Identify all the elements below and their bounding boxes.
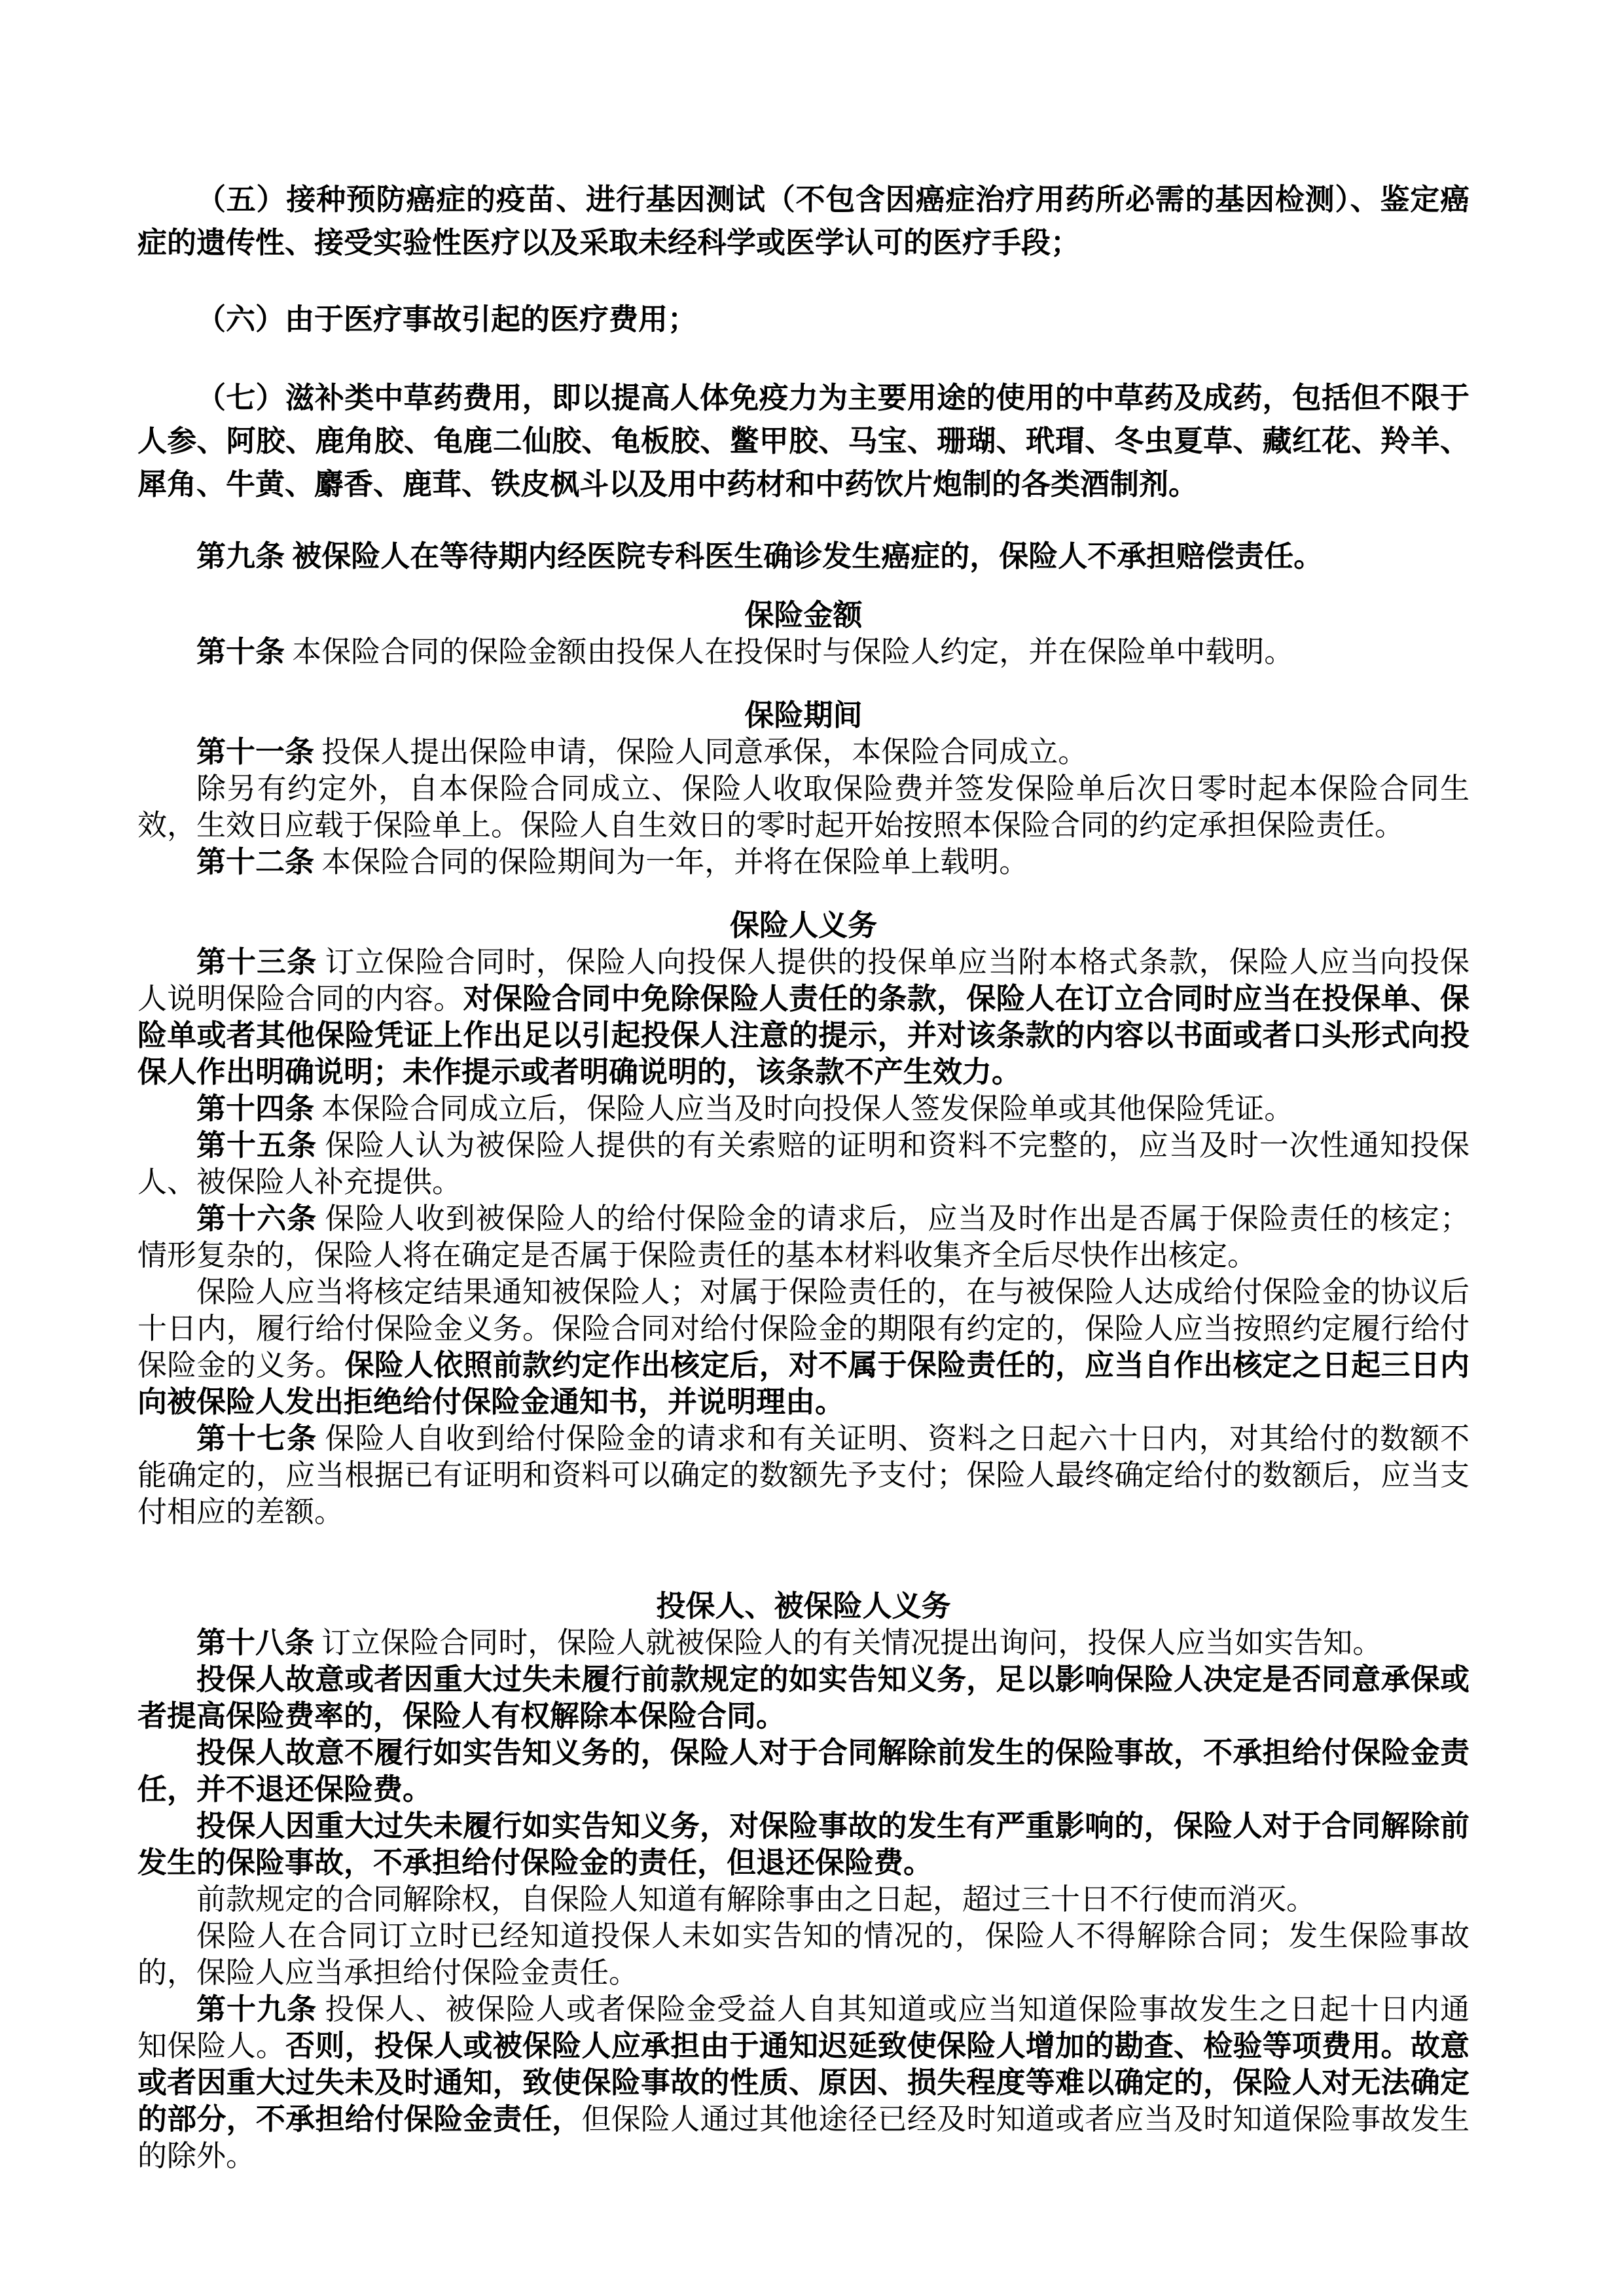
text-segment: （六）由于医疗事故引起的医疗费用； bbox=[196, 303, 697, 336]
text-segment: （七）滋补类中草药费用，即以提高人体免疫力为主要用途的使用的中草药及成药，包括但… bbox=[137, 382, 1470, 501]
text-segment: 保险人认为被保险人提供的有关索赔的证明和资料不完整的，应当及时一次性通知投保人、… bbox=[137, 1129, 1470, 1198]
text-segment: 本保险合同的保险金额由投保人在投保时与保险人约定，并在保险单中载明。 bbox=[292, 636, 1293, 668]
heading-insurance-period: 保险期间 bbox=[137, 697, 1470, 734]
clause-16-para-2: 保险人应当将核定结果通知被保险人；对属于保险责任的，在与被保险人达成给付保险金的… bbox=[137, 1274, 1470, 1420]
text-segment: 投保人因重大过失未履行如实告知义务，对保险事故的发生有严重影响的，保险人对于合同… bbox=[137, 1810, 1470, 1879]
text-segment: 第十三条 bbox=[196, 946, 325, 978]
text-segment: 保险人义务 bbox=[730, 909, 877, 942]
text-segment: 第十一条 bbox=[196, 736, 321, 768]
text-segment: 除另有约定外，自本保险合同成立、保险人收取保险费并签发保险单后次日零时起本保险合… bbox=[137, 772, 1470, 842]
clause-10: 第十条 本保险合同的保险金额由投保人在投保时与保险人约定，并在保险单中载明。 bbox=[137, 634, 1470, 670]
clause-11-para-2: 除另有约定外，自本保险合同成立、保险人收取保险费并签发保险单后次日零时起本保险合… bbox=[137, 770, 1470, 844]
text-segment: 本保险合同的保险期间为一年，并将在保险单上载明。 bbox=[321, 846, 1028, 878]
text-segment: 第十五条 bbox=[196, 1129, 325, 1162]
clause-13: 第十三条 订立保险合同时，保险人向投保人提供的投保单应当附本格式条款，保险人应当… bbox=[137, 944, 1470, 1090]
clause-16: 第十六条 保险人收到被保险人的给付保险金的请求后，应当及时作出是否属于保险责任的… bbox=[137, 1200, 1470, 1274]
text-segment: 被保险人在等待期内经医院专科医生确诊发生癌症的，保险人不承担赔偿责任。 bbox=[292, 540, 1323, 573]
exclusion-item-5: （五）接种预防癌症的疫苗、进行基因测试（不包含因癌症治疗用药所必需的基因检测）、… bbox=[137, 178, 1470, 264]
contract-page: （五）接种预防癌症的疫苗、进行基因测试（不包含因癌症治疗用药所必需的基因检测）、… bbox=[0, 0, 1624, 2296]
text-segment: 第十八条 bbox=[196, 1626, 321, 1659]
text-segment: 本保险合同成立后，保险人应当及时向投保人签发保险单或其他保险凭证。 bbox=[321, 1092, 1293, 1125]
text-segment: 投保人故意不履行如实告知义务的，保险人对于合同解除前发生的保险事故，不承担给付保… bbox=[137, 1736, 1470, 1806]
text-segment: 前款规定的合同解除权，自保险人知道有解除事由之日起，超过三十日不行使而消灭。 bbox=[196, 1883, 1316, 1916]
clause-18: 第十八条 订立保险合同时，保险人就被保险人的有关情况提出询问，投保人应当如实告知… bbox=[137, 1624, 1470, 1661]
text-segment: 第十九条 bbox=[196, 1993, 325, 2026]
clause-14: 第十四条 本保险合同成立后，保险人应当及时向投保人签发保险单或其他保险凭证。 bbox=[137, 1090, 1470, 1127]
clause-17: 第十七条 保险人自收到给付保险金的请求和有关证明、资料之日起六十日内，对其给付的… bbox=[137, 1420, 1470, 1530]
text-segment: 保险人自收到给付保险金的请求和有关证明、资料之日起六十日内，对其给付的数额不能确… bbox=[137, 1422, 1470, 1528]
text-segment: 投保人故意或者因重大过失未履行前款规定的如实告知义务，足以影响保险人决定是否同意… bbox=[137, 1663, 1470, 1732]
clause-19: 第十九条 投保人、被保险人或者保险金受益人自其知道或应当知道保险事故发生之日起十… bbox=[137, 1991, 1470, 2174]
heading-policyholder-insured-obligations: 投保人、被保险人义务 bbox=[137, 1588, 1470, 1624]
text-segment: （五）接种预防癌症的疫苗、进行基因测试（不包含因癌症治疗用药所必需的基因检测）、… bbox=[137, 183, 1470, 259]
clause-18-para-2: 投保人故意或者因重大过失未履行前款规定的如实告知义务，足以影响保险人决定是否同意… bbox=[137, 1661, 1470, 1734]
text-segment: 第十六条 bbox=[196, 1202, 325, 1235]
text-segment: 第十二条 bbox=[196, 846, 321, 878]
heading-insurance-amount: 保险金额 bbox=[137, 597, 1470, 634]
text-segment: 第十条 bbox=[196, 636, 292, 668]
clause-18-para-4: 投保人因重大过失未履行如实告知义务，对保险事故的发生有严重影响的，保险人对于合同… bbox=[137, 1808, 1470, 1881]
exclusion-item-7: （七）滋补类中草药费用，即以提高人体免疫力为主要用途的使用的中草药及成药，包括但… bbox=[137, 376, 1470, 506]
clause-9: 第九条 被保险人在等待期内经医院专科医生确诊发生癌症的，保险人不承担赔偿责任。 bbox=[137, 538, 1470, 575]
clause-12: 第十二条 本保险合同的保险期间为一年，并将在保险单上载明。 bbox=[137, 844, 1470, 880]
text-segment: 第十七条 bbox=[196, 1422, 325, 1455]
text-segment: 第十四条 bbox=[196, 1092, 321, 1125]
clause-18-para-3: 投保人故意不履行如实告知义务的，保险人对于合同解除前发生的保险事故，不承担给付保… bbox=[137, 1734, 1470, 1808]
document-body: （五）接种预防癌症的疫苗、进行基因测试（不包含因癌症治疗用药所必需的基因检测）、… bbox=[0, 0, 1624, 2174]
clause-15: 第十五条 保险人认为被保险人提供的有关索赔的证明和资料不完整的，应当及时一次性通… bbox=[137, 1127, 1470, 1200]
text-segment: 保险人在合同订立时已经知道投保人未如实告知的情况的，保险人不得解除合同；发生保险… bbox=[137, 1920, 1470, 1989]
text-segment: 保险金额 bbox=[744, 599, 862, 632]
text-segment: 投保人、被保险人义务 bbox=[656, 1590, 950, 1623]
text-segment: 保险期间 bbox=[744, 699, 862, 732]
heading-insurer-obligations: 保险人义务 bbox=[137, 907, 1470, 944]
text-segment: 投保人提出保险申请，保险人同意承保，本保险合同成立。 bbox=[321, 736, 1087, 768]
text-segment: 保险人收到被保险人的给付保险金的请求后，应当及时作出是否属于保险责任的核定；情形… bbox=[137, 1202, 1470, 1272]
clause-11: 第十一条 投保人提出保险申请，保险人同意承保，本保险合同成立。 bbox=[137, 734, 1470, 770]
clause-18-para-6: 保险人在合同订立时已经知道投保人未如实告知的情况的，保险人不得解除合同；发生保险… bbox=[137, 1918, 1470, 1991]
clause-18-para-5: 前款规定的合同解除权，自保险人知道有解除事由之日起，超过三十日不行使而消灭。 bbox=[137, 1881, 1470, 1918]
text-segment: 第九条 bbox=[196, 540, 292, 573]
exclusion-item-6: （六）由于医疗事故引起的医疗费用； bbox=[137, 298, 1470, 341]
text-segment: 订立保险合同时，保险人就被保险人的有关情况提出询问，投保人应当如实告知。 bbox=[321, 1626, 1382, 1659]
